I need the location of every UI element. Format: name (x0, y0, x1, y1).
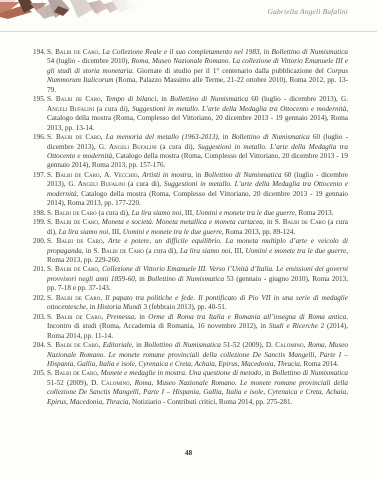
entry-text-segment: Bollettino di Numismatica (170, 95, 248, 103)
entry-text-segment: , Roma 2014. (300, 360, 339, 368)
entry-text-segment: (a cura di), (144, 247, 180, 255)
entry-text-segment: S. Balbi de Caro (47, 95, 101, 103)
entry-text-segment: S. Balbi de Caro (47, 171, 100, 179)
entry-text-segment: , in (134, 313, 148, 321)
entry-number: 197. (33, 171, 47, 180)
entry-number: 201. (33, 265, 47, 274)
entry-number: 195. (33, 95, 47, 104)
entry-text-segment: Uomini e monete tra le due guerre (123, 228, 222, 236)
entry-text-segment: Monete e medaglie in mostra. Una questio… (101, 369, 261, 377)
bibliography-entry: 197.S. Balbi de Caro, A. Vecchio, Artist… (33, 171, 348, 209)
entry-number: 196. (33, 133, 47, 142)
entry-text-segment: S. Balbi de Caro (47, 218, 98, 226)
entry-text-segment: S. Balbi de Caro (47, 265, 98, 273)
running-head-author: Gabriella Angeli Bufalini (0, 7, 348, 16)
entry-text-segment: , in (82, 247, 94, 255)
bibliography-entry: 196.S. Balbi de Caro, La memoria del met… (33, 133, 348, 171)
bibliography-list: 194.S. Balbi de Caro, La Collezione Real… (33, 48, 348, 407)
entry-text-segment: , III, (231, 247, 246, 255)
entry-text-segment: 54 (luglio - dicembre 2010), (47, 57, 131, 65)
entry-text-segment: , Notiziario - Contributi critici, Roma … (128, 398, 292, 406)
entry-text-segment: Bollettino di Numismatica (144, 341, 221, 349)
entry-number: 205. (33, 369, 47, 378)
entry-text-segment: S. Balbi de Caro (47, 133, 101, 141)
entry-text-segment: Moneta e società. Moneta metallica e mon… (102, 218, 263, 226)
bibliography-entry: 204.S. Balbi de Caro, Editoriale, in Bol… (33, 341, 348, 369)
bibliography-entry: 201.S. Balbi de Caro, Collezione di Vitt… (33, 265, 348, 293)
entry-text-segment: , in (218, 133, 232, 141)
entry-text-segment: S. Balbi de Caro (275, 218, 326, 226)
entry-text-segment: La memoria del metallo (1963-2013) (106, 133, 218, 141)
entry-text-segment: (a cura di), (157, 143, 198, 151)
entry-text-segment: D. Calomino (266, 341, 304, 349)
entry-text-segment: (a cura di), (97, 209, 132, 217)
bibliography-entry: 202.S. Balbi de Caro, Il papato tra poli… (33, 294, 348, 313)
entry-text-segment: Bollettino di Numismatica (232, 133, 310, 141)
entry-text-segment: , in (261, 369, 272, 377)
bibliography-entry: 199.S. Balbi de Caro, Moneta e società. … (33, 218, 348, 237)
entry-text-segment: Artisti in mostra (142, 171, 191, 179)
entry-text-segment: Editoriale (103, 341, 132, 349)
entry-text-segment: Suggestioni in metallo. L’arte della Med… (132, 105, 346, 113)
header-rule (0, 31, 377, 32)
bibliography-entry: 205.S. Balbi de Caro, Monete e medaglie … (33, 369, 348, 407)
entry-text-segment: S. Balbi de Caro (47, 341, 99, 349)
entry-text-segment: (a cura di), (94, 105, 132, 113)
entry-text-segment: D. Calomino (91, 379, 130, 387)
entry-text-segment: Uomini e monete tra le due guerre (196, 209, 295, 217)
entry-text-segment: S. Balbi de Caro (47, 48, 98, 56)
entry-text-segment: A. Vecchio (104, 171, 137, 179)
entry-text-segment: Uomini e monete tra le due guerre (245, 247, 346, 255)
entry-text-segment: G. Angeli Bufalini (68, 180, 125, 188)
entry-text-segment: S. Balbi de Caro (47, 209, 97, 217)
entry-number: 203. (33, 313, 47, 322)
entry-text-segment: , in (156, 95, 170, 103)
entry-text-segment: La lira siamo noi (59, 228, 109, 236)
entry-text-segment: , Roma 2013, pp. 89-124. (222, 228, 295, 236)
entry-text-segment: , III, (181, 209, 195, 217)
entry-text-segment: S. Balbi de Caro (47, 369, 97, 377)
entry-number: 198. (33, 209, 47, 218)
entry-text-segment: Historia Mundi (97, 303, 142, 311)
page-number: 48 (0, 448, 377, 457)
entry-text-segment: (a cura di), (125, 180, 164, 188)
entry-text-segment: La lira siamo noi (180, 247, 231, 255)
entry-text-segment: S. Balbi de Caro (93, 247, 144, 255)
entry-text-segment: La lira siamo noi (132, 209, 182, 217)
entry-text-segment: , Catalogo della mostra (Roma, Complesso… (47, 190, 348, 207)
bibliography-entry: 200.S. Balbi de Caro, Arte e potere, un … (33, 237, 348, 265)
entry-text-segment: , in (263, 218, 275, 226)
entry-text-segment: , III, (108, 228, 122, 236)
entry-text-segment: Bollettino di Numismatica (272, 48, 348, 56)
entry-text-segment: Bollettino di Numismatica (272, 369, 348, 377)
entry-text-segment: 3 (febbraio 2013), pp. 40-51. (142, 303, 227, 311)
entry-text-segment: S. Balbi de Caro (47, 237, 103, 245)
bibliography-entry: 194.S. Balbi de Caro, La Collezione Real… (33, 48, 348, 95)
entry-text-segment: La Collezione Reale e il suo completamen… (102, 48, 259, 56)
entry-text-segment: . Giornate di studio per il 1° centenari… (132, 67, 327, 75)
entry-text-segment: , in (191, 171, 204, 179)
entry-text-segment: , Roma 2013. (295, 209, 334, 217)
entry-number: 202. (33, 294, 47, 303)
entry-text-segment: , in (135, 275, 147, 283)
entry-text-segment: 51-52 (2009), (47, 379, 91, 387)
entry-text-segment: Bollettino di Numismatica (147, 275, 224, 283)
bibliography-entry: 198.S. Balbi de Caro (a cura di), La lir… (33, 209, 348, 218)
entry-text-segment: S. Balbi de Caro (47, 294, 100, 302)
entry-number: 200. (33, 237, 47, 246)
entry-text-segment: Orme di Roma tra Italia e Romania all’in… (148, 313, 346, 321)
entry-text-segment: Studi e Ricerche (269, 322, 318, 330)
entry-number: 204. (33, 341, 47, 350)
entry-text-segment: 51-52 (2009), (221, 341, 266, 349)
entry-number: 194. (33, 48, 47, 57)
bibliography-entry: 203.S. Balbi de Caro, Premessa, in Orme … (33, 313, 348, 341)
entry-text-segment: , in (86, 303, 97, 311)
entry-text-segment: Tempo di bilanci (106, 95, 157, 103)
entry-text-segment: , in (132, 341, 144, 349)
bibliography-entry: 195.S. Balbi de Caro, Tempo di bilanci, … (33, 95, 348, 133)
entry-number: 199. (33, 218, 47, 227)
entry-text-segment: Premessa (106, 313, 134, 321)
book-page: Gabriella Angeli Bufalini 194.S. Balbi d… (0, 0, 377, 480)
entry-text-segment: S. Balbi de Caro (47, 313, 101, 321)
entry-text-segment: G. Angeli Bufalini (99, 143, 157, 151)
entry-text-segment: , in (260, 48, 272, 56)
entry-text-segment: Bollettino di Numismatica (204, 171, 281, 179)
entry-text-segment: 60 (luglio - dicembre 2013), (248, 95, 341, 103)
